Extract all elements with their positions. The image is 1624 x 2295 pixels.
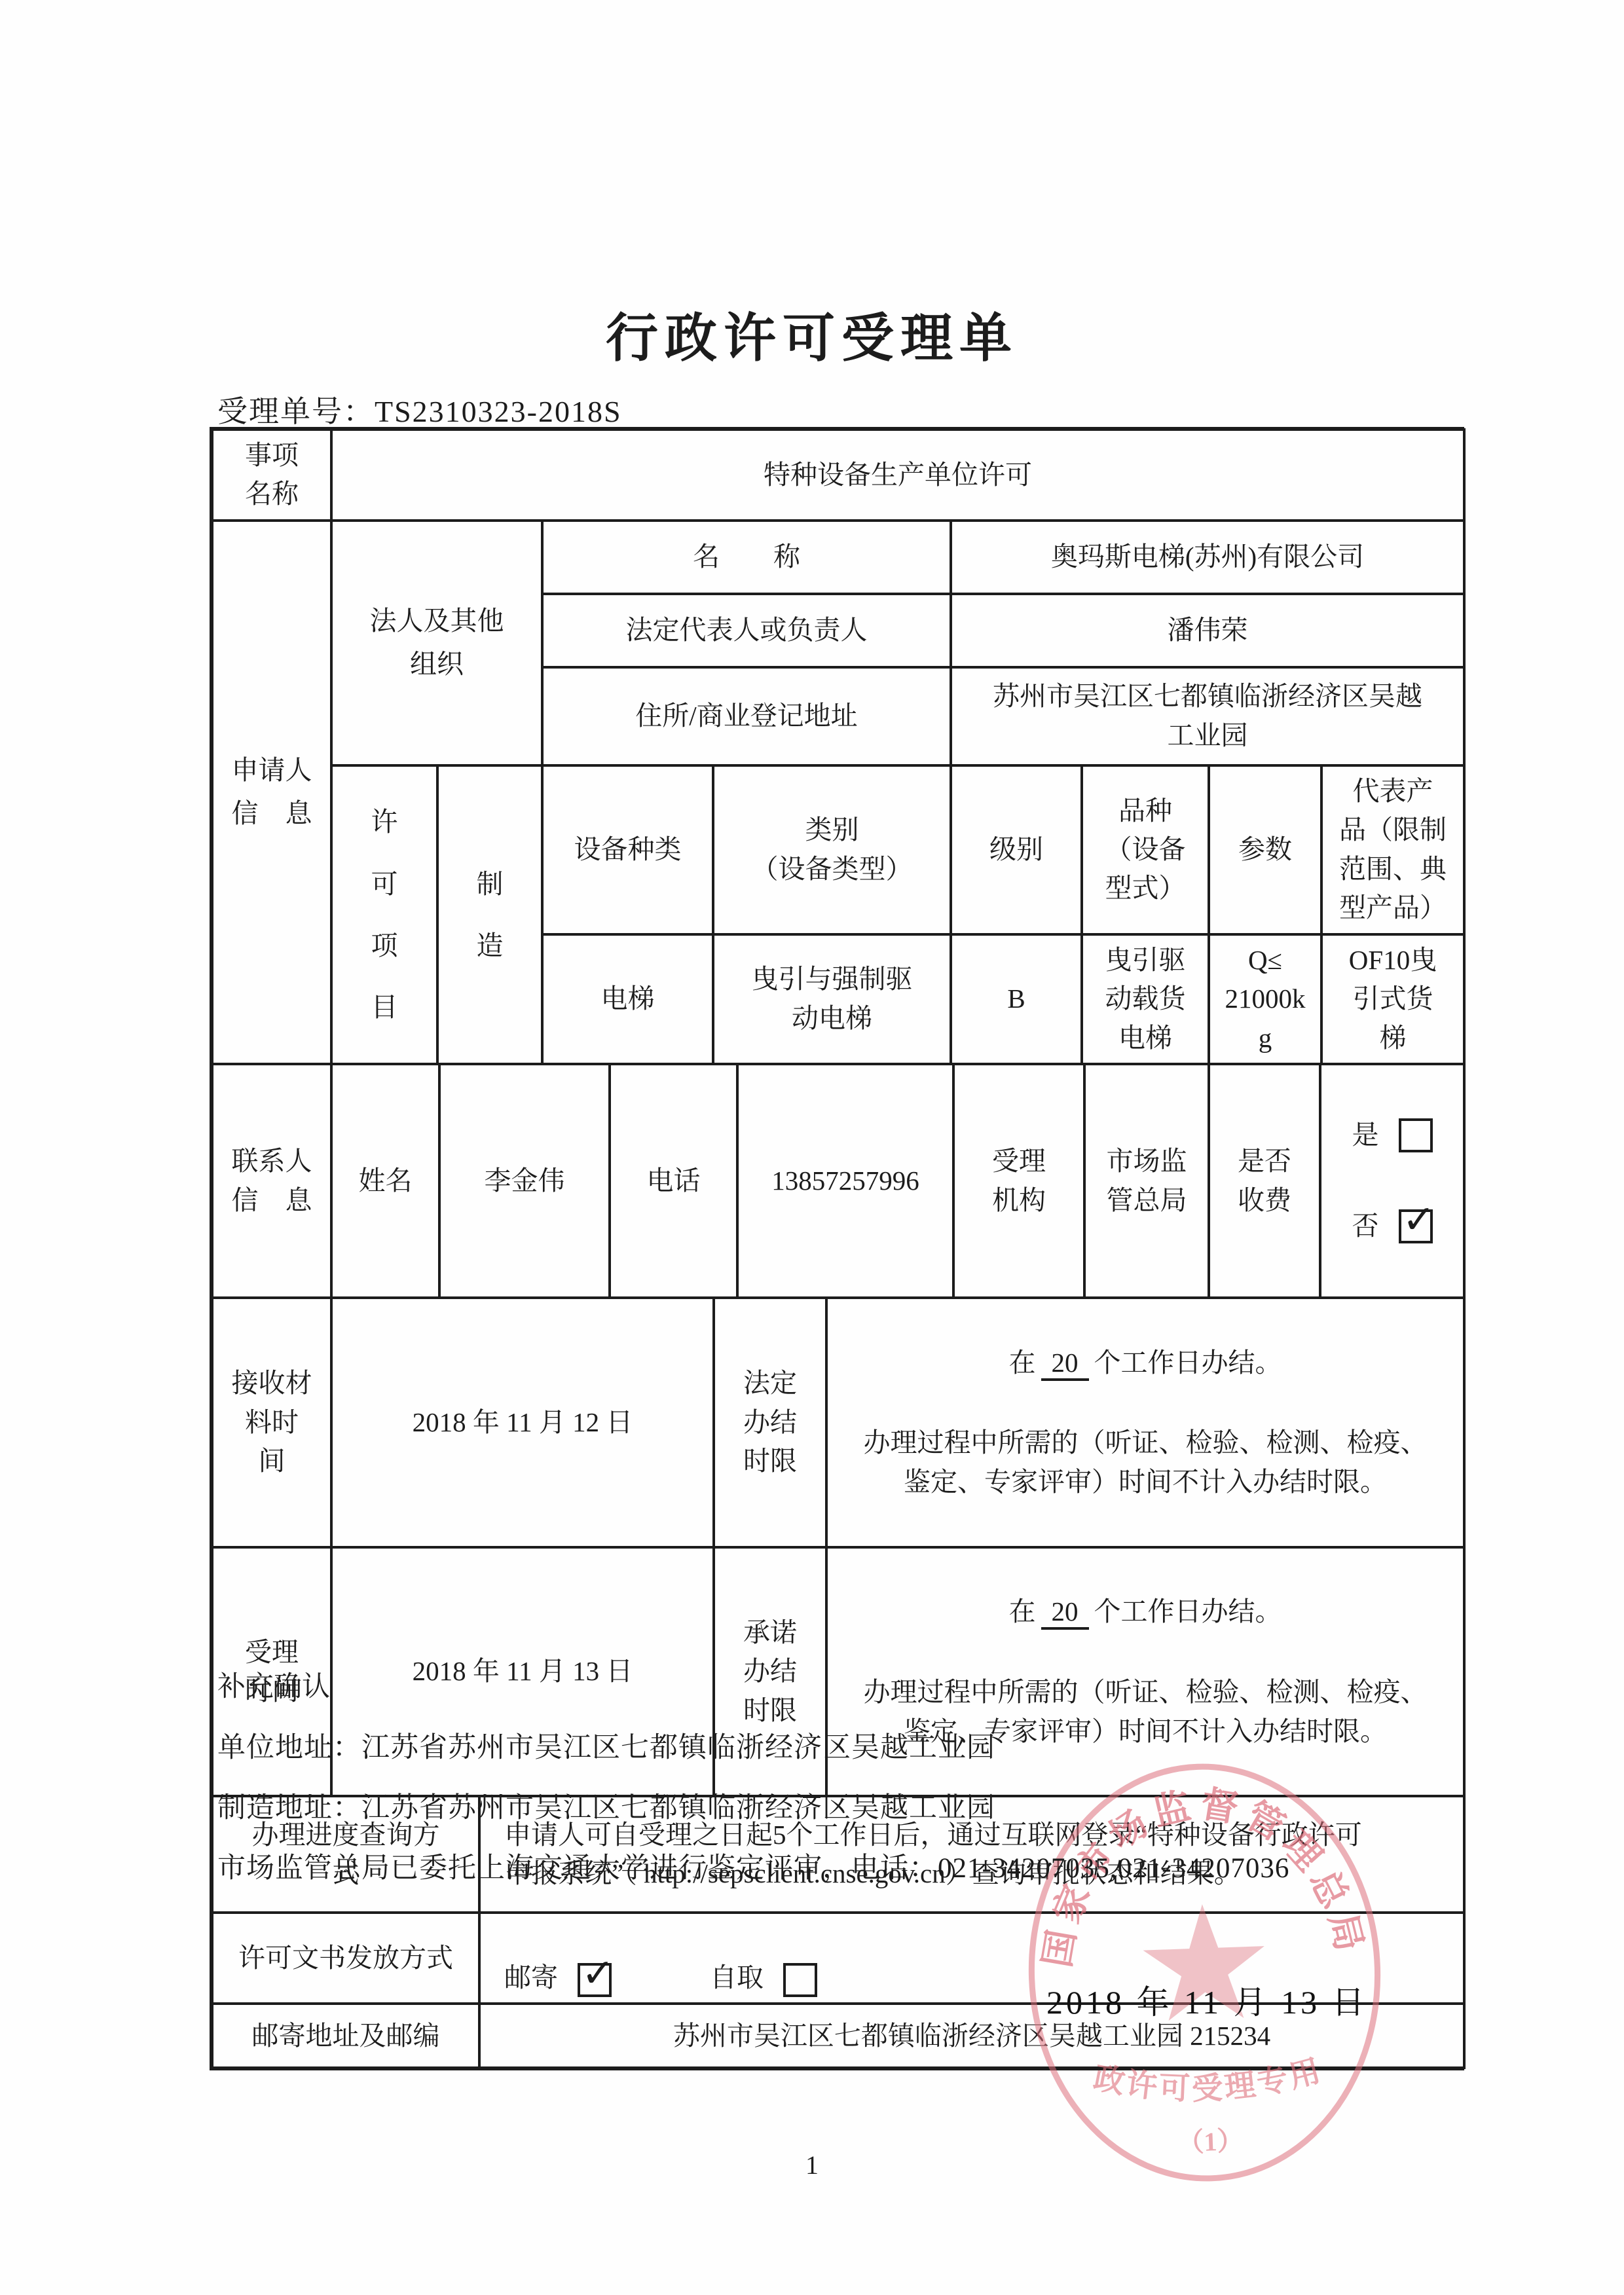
promised-limit-line1: 在20个工作日办结。 xyxy=(836,1592,1455,1631)
statutory-limit-label: 法定 办结 时限 xyxy=(714,1298,826,1547)
header-device-parameter: 参数 xyxy=(1209,765,1321,934)
delivery-method-label: 许可文书发放方式 xyxy=(212,1913,479,2004)
representative-product-value: OF10曳 引式货 梯 xyxy=(1321,934,1464,1064)
delivery-mail-checkmark: ✓ xyxy=(581,1954,614,1993)
supplement-block: 补充确认 单位地址：江苏省苏州市吴江区七都镇临浙经济区吴越工业园 制造地址：江苏… xyxy=(217,1664,1462,1906)
supplement-manufacture-address: 制造地址：江苏省苏州市吴江区七都镇临浙经济区吴越工业园 xyxy=(217,1786,1462,1826)
contact-name-label: 姓名 xyxy=(331,1064,439,1298)
device-class-value: 曳引与强制驱 动电梯 xyxy=(713,934,951,1064)
delivery-pickup-checkbox xyxy=(783,1963,817,1997)
contact-phone-label: 电话 xyxy=(610,1064,737,1298)
fee-options: 是 否✓ xyxy=(1320,1064,1464,1298)
fee-yes-option: 是 xyxy=(1329,1116,1455,1154)
promised-limit-days: 20 xyxy=(1041,1596,1089,1630)
receive-time-value: 2018 年 11 月 12 日 xyxy=(331,1298,714,1547)
device-kind-value: 电梯 xyxy=(542,934,713,1064)
accepting-agency-label: 受理 机构 xyxy=(953,1064,1084,1298)
org-name-label: 名 称 xyxy=(542,521,951,594)
statutory-limit-note: 办理过程中所需的（听证、检验、检测、检疫、 鉴定、专家评审）时间不计入办结时限。 xyxy=(836,1423,1455,1501)
contact-info-label: 联系人 信 息 xyxy=(212,1064,331,1298)
statutory-limit-days: 20 xyxy=(1041,1348,1089,1381)
statutory-limit-prefix: 在 xyxy=(1009,1348,1036,1378)
mail-address-label: 邮寄地址及邮编 xyxy=(212,2004,479,2068)
item-name-label: 事项 名称 xyxy=(212,430,331,521)
license-category-label: 制 造 xyxy=(437,765,542,1064)
page-title: 行政许可受理单 xyxy=(0,296,1624,371)
fee-no-checkmark: ✓ xyxy=(1403,1200,1435,1239)
scanned-form-page: 行政许可受理单 受理单号：TS2310323-2018S 国家市场监督管理总局 … xyxy=(0,0,1624,2295)
contact-name-value: 李金伟 xyxy=(439,1064,610,1298)
delivery-mail-label: 邮寄 xyxy=(504,1962,558,1992)
supplement-unit-address: 单位地址：江苏省苏州市吴江区七都镇临浙经济区吴越工业园 xyxy=(217,1725,1462,1765)
legal-rep-label: 法定代表人或负责人 xyxy=(542,594,951,667)
accepting-agency-value: 市场监 管总局 xyxy=(1084,1064,1209,1298)
legal-rep-value: 潘伟荣 xyxy=(951,594,1464,667)
fee-label: 是否 收费 xyxy=(1209,1064,1320,1298)
item-name-value: 特种设备生产单位许可 xyxy=(331,430,1464,521)
device-parameter-value: Q≤ 21000k g xyxy=(1209,934,1321,1064)
fee-no-label: 否 xyxy=(1352,1207,1379,1245)
header-device-kind: 设备种类 xyxy=(542,765,713,934)
contact-phone-value: 13857257996 xyxy=(737,1064,953,1298)
acceptance-number: 受理单号：TS2310323-2018S xyxy=(217,388,622,431)
device-level-value: B xyxy=(951,934,1082,1064)
registered-address-value: 苏州市吴江区七都镇临浙经济区吴越 工业园 xyxy=(951,667,1464,765)
section-applicant: 申请人 信 息 法人及其他 组织 名 称 奥玛斯电梯(苏州)有限公司 法定代表人… xyxy=(211,519,1466,1065)
org-name-value: 奥玛斯电梯(苏州)有限公司 xyxy=(951,521,1464,594)
seal-number-text: （1） xyxy=(1177,2126,1244,2157)
org-type-label: 法人及其他 组织 xyxy=(331,521,542,765)
header-device-level: 级别 xyxy=(951,765,1082,934)
device-variety-value: 曳引驱 动载货 电梯 xyxy=(1082,934,1209,1064)
statutory-limit-suffix: 个工作日办结。 xyxy=(1094,1348,1282,1378)
delivery-mail-checkbox: ✓ xyxy=(578,1963,612,1997)
section-item-name: 事项 名称 特种设备生产单位许可 xyxy=(211,428,1466,522)
fee-yes-label: 是 xyxy=(1352,1116,1379,1154)
fee-no-checkbox: ✓ xyxy=(1399,1209,1433,1243)
supplement-title: 补充确认 xyxy=(217,1664,1462,1704)
fee-no-option: 否✓ xyxy=(1329,1207,1455,1245)
promised-limit-suffix: 个工作日办结。 xyxy=(1094,1596,1282,1626)
acceptance-number-label: 受理单号： xyxy=(217,395,375,428)
registered-address-label: 住所/商业登记地址 xyxy=(542,667,951,765)
header-device-class: 类别 （设备类型） xyxy=(713,765,951,934)
supplement-review-note: 市场监管总局已委托上海交通大学进行鉴定评审，电话：021-34207035,02… xyxy=(217,1846,1462,1886)
section-contact: 联系人 信 息 姓名 李金伟 电话 13857257996 受理 机构 市场监 … xyxy=(211,1063,1466,1299)
promised-limit-prefix: 在 xyxy=(1009,1596,1036,1626)
acceptance-number-value: TS2310323-2018S xyxy=(375,395,622,428)
fee-yes-checkbox xyxy=(1399,1118,1433,1152)
applicant-info-label: 申请人 信 息 xyxy=(212,521,331,1064)
delivery-pickup-label: 自取 xyxy=(710,1962,764,1992)
seal-date: 2018 年 11 月 13 日 xyxy=(1046,1976,1368,2023)
receive-time-label: 接收材 料时 间 xyxy=(212,1298,331,1547)
statutory-limit-line1: 在20个工作日办结。 xyxy=(836,1344,1455,1382)
header-representative-product: 代表产 品（限制 范围、典 型产品） xyxy=(1321,765,1464,934)
header-device-variety: 品种 （设备 型式） xyxy=(1082,765,1209,934)
statutory-limit-text: 在20个工作日办结。 办理过程中所需的（听证、检验、检测、检疫、 鉴定、专家评审… xyxy=(826,1298,1464,1547)
license-item-label: 许 可 项 目 xyxy=(331,765,437,1064)
